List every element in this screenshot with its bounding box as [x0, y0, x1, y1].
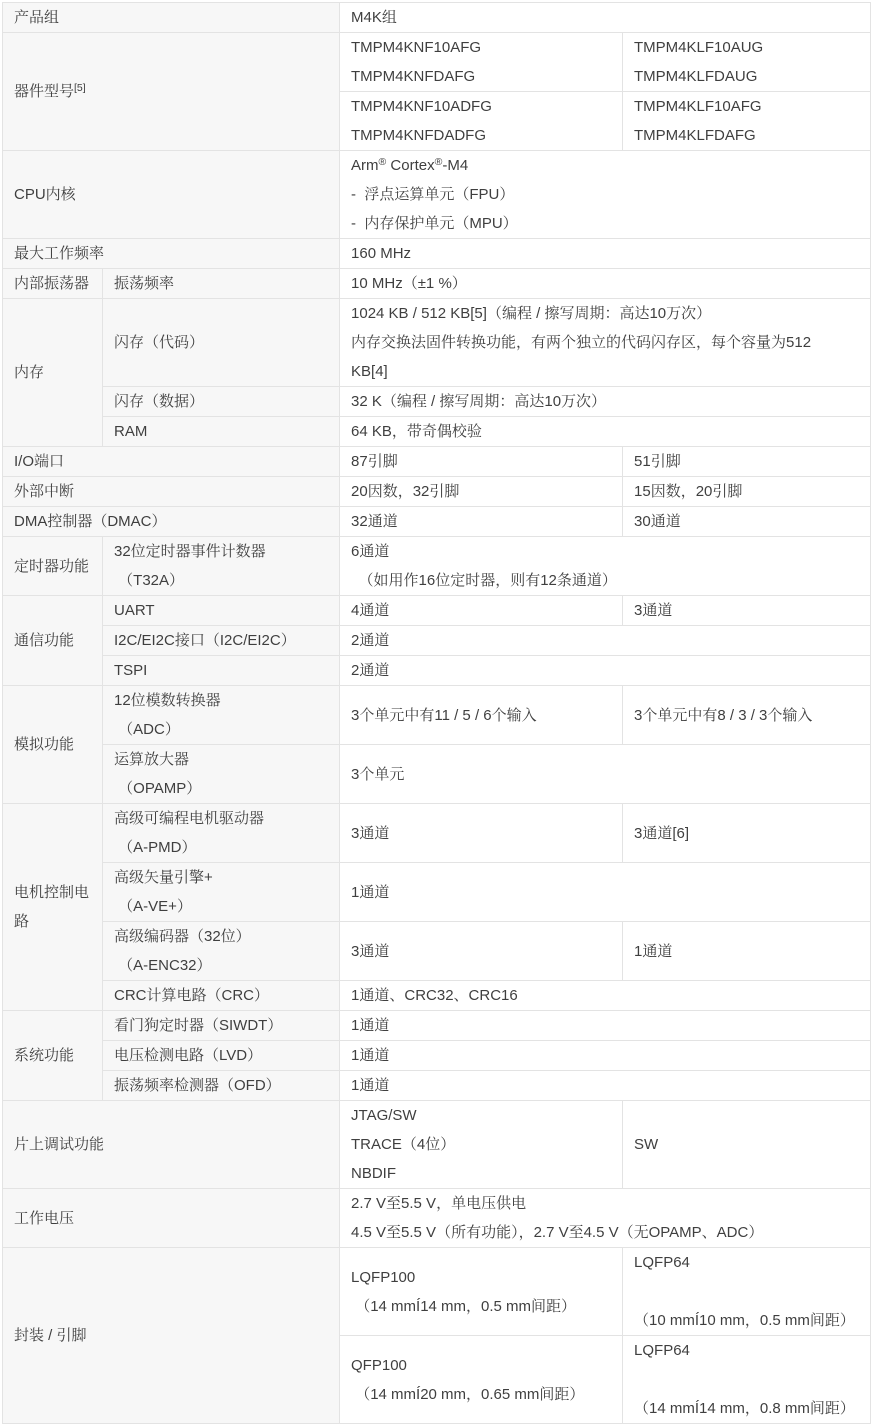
- value-cell: SW: [623, 1101, 871, 1189]
- value-cell: 1通道: [340, 863, 871, 922]
- value-cell: 1通道: [623, 922, 871, 981]
- row-label-cell: 闪存（数据）: [103, 387, 340, 417]
- row-label-cell: 模拟功能: [3, 686, 103, 804]
- cell-line: 87引脚: [351, 447, 611, 476]
- row-label-cell: 器件型号[5]: [3, 33, 340, 151]
- row-label-cell: 高级编码器（32位） （A-ENC32）: [103, 922, 340, 981]
- value-cell: 1通道: [340, 1011, 871, 1041]
- cell-line: 1通道: [351, 878, 859, 907]
- table-row: 通信功能UART4通道3通道: [3, 596, 871, 626]
- table-row: 最大工作频率160 MHz: [3, 239, 871, 269]
- spec-page: 产品组M4K组器件型号[5]TMPM4KNF10AFGTMPM4KNFDAFGT…: [0, 0, 872, 1426]
- value-cell: 3通道[6]: [623, 804, 871, 863]
- row-label-cell: 通信功能: [3, 596, 103, 686]
- table-row: I2C/EI2C接口（I2C/EI2C）2通道: [3, 626, 871, 656]
- cell-line: 振荡频率检测器（OFD）: [114, 1071, 328, 1100]
- value-cell: M4K组: [340, 3, 871, 33]
- row-label-cell: 系统功能: [3, 1011, 103, 1101]
- row-label-cell: RAM: [103, 417, 340, 447]
- row-label-cell: 振荡频率检测器（OFD）: [103, 1071, 340, 1101]
- value-cell: 32 K（编程 / 擦写周期：高达10万次）: [340, 387, 871, 417]
- cell-line: （10 mmÍ10 mm，0.5 mm间距）: [634, 1277, 859, 1335]
- cell-line: TSPI: [114, 656, 328, 685]
- table-row: 高级矢量引擎+ （A-VE+）1通道: [3, 863, 871, 922]
- value-cell: 15因数，20引脚: [623, 477, 871, 507]
- superscript: [5]: [74, 82, 86, 94]
- cell-line: 高级矢量引擎+: [114, 863, 328, 892]
- table-row: TSPI2通道: [3, 656, 871, 686]
- value-cell: 3个单元: [340, 745, 871, 804]
- row-label-cell: TSPI: [103, 656, 340, 686]
- cell-line: 51引脚: [634, 447, 859, 476]
- cell-line: UART: [114, 596, 328, 625]
- value-cell: 2.7 V至5.5 V，单电压供电4.5 V至5.5 V（所有功能），2.7 V…: [340, 1189, 871, 1248]
- cell-line: 1通道、CRC32、CRC16: [351, 981, 859, 1010]
- cell-line: 160 MHz: [351, 239, 859, 268]
- cell-line: 64 KB，带奇偶校验: [351, 417, 859, 446]
- value-cell: TMPM4KLF10AUGTMPM4KLFDAUG: [623, 33, 871, 92]
- cell-line: 3个单元: [351, 760, 859, 789]
- table-row: 振荡频率检测器（OFD）1通道: [3, 1071, 871, 1101]
- spec-table-body: 产品组M4K组器件型号[5]TMPM4KNF10AFGTMPM4KNFDAFGT…: [3, 3, 871, 1424]
- superscript: ®: [435, 156, 443, 168]
- row-label-cell: 电机控制电路: [3, 804, 103, 1011]
- value-cell: LQFP100 （14 mmÍ14 mm，0.5 mm间距）: [340, 1248, 623, 1336]
- cell-line: （OPAMP）: [114, 774, 328, 803]
- row-label-cell: 电压检测电路（LVD）: [103, 1041, 340, 1071]
- value-cell: 30通道: [623, 507, 871, 537]
- value-cell: TMPM4KLF10AFGTMPM4KLFDAFG: [623, 92, 871, 151]
- row-label-cell: 内存: [3, 299, 103, 447]
- table-row: CRC计算电路（CRC）1通道、CRC32、CRC16: [3, 981, 871, 1011]
- value-cell: 3个单元中有11 / 5 / 6个输入: [340, 686, 623, 745]
- cell-line: 20因数，32引脚: [351, 477, 611, 506]
- value-cell: 1通道: [340, 1071, 871, 1101]
- cell-line: TMPM4KLF10AFG: [634, 92, 859, 121]
- row-label-cell: 定时器功能: [3, 537, 103, 596]
- cell-line: 产品组: [14, 3, 328, 32]
- value-cell: TMPM4KNF10ADFGTMPM4KNFDADFG: [340, 92, 623, 151]
- spec-table: 产品组M4K组器件型号[5]TMPM4KNF10AFGTMPM4KNFDAFGT…: [2, 2, 871, 1424]
- cell-line: M4K组: [351, 3, 859, 32]
- cell-line: 封装 / 引脚: [14, 1321, 328, 1350]
- cell-line: 定时器功能: [14, 552, 91, 581]
- cell-line: 1通道: [351, 1071, 859, 1100]
- cell-line: I2C/EI2C接口（I2C/EI2C）: [114, 626, 328, 655]
- cell-line: 闪存（代码）: [114, 328, 328, 357]
- row-label-cell: 封装 / 引脚: [3, 1248, 340, 1424]
- cell-line: 片上调试功能: [14, 1130, 328, 1159]
- table-row: 定时器功能32位定时器事件计数器 （T32A）6通道 （如用作16位定时器，则有…: [3, 537, 871, 596]
- table-row: 产品组M4K组: [3, 3, 871, 33]
- value-cell: 1通道: [340, 1041, 871, 1071]
- cell-line: 内存交换法固件转换功能，有两个独立的代码闪存区，每个容量为512: [351, 328, 859, 357]
- cell-line: 电压检测电路（LVD）: [114, 1041, 328, 1070]
- cell-line: （ADC）: [114, 715, 328, 744]
- table-row: 电压检测电路（LVD）1通道: [3, 1041, 871, 1071]
- table-row: 模拟功能12位模数转换器 （ADC）3个单元中有11 / 5 / 6个输入3个单…: [3, 686, 871, 745]
- cell-line: KB[4]: [351, 357, 859, 386]
- cell-line: 系统功能: [14, 1041, 91, 1070]
- cell-line: 1通道: [634, 937, 859, 966]
- row-label-cell: 外部中断: [3, 477, 340, 507]
- cell-line: （A-VE+）: [114, 892, 328, 921]
- cell-line: 6通道: [351, 537, 859, 566]
- value-cell: 2通道: [340, 656, 871, 686]
- row-label-cell: I2C/EI2C接口（I2C/EI2C）: [103, 626, 340, 656]
- value-cell: 51引脚: [623, 447, 871, 477]
- cell-line: （14 mmÍ14 mm，0.5 mm间距）: [351, 1292, 611, 1321]
- table-row: DMA控制器（DMAC）32通道30通道: [3, 507, 871, 537]
- cell-line: TMPM4KNF10AFG: [351, 33, 611, 62]
- row-label-cell: DMA控制器（DMAC）: [3, 507, 340, 537]
- value-cell: 20因数，32引脚: [340, 477, 623, 507]
- cell-line: 电机控制电路: [14, 878, 91, 936]
- value-cell: LQFP64 （10 mmÍ10 mm，0.5 mm间距）: [623, 1248, 871, 1336]
- cell-line: 10 MHz（±1 %）: [351, 269, 859, 298]
- table-row: 工作电压2.7 V至5.5 V，单电压供电4.5 V至5.5 V（所有功能），2…: [3, 1189, 871, 1248]
- value-cell: 32通道: [340, 507, 623, 537]
- cell-line: （14 mmÍ20 mm，0.65 mm间距）: [351, 1380, 611, 1409]
- value-cell: 4通道: [340, 596, 623, 626]
- value-cell: 6通道 （如用作16位定时器，则有12条通道）: [340, 537, 871, 596]
- cell-line: Arm® Cortex®-M4: [351, 151, 859, 180]
- cell-line: 2.7 V至5.5 V，单电压供电: [351, 1189, 859, 1218]
- cell-line: RAM: [114, 417, 328, 446]
- cell-line: JTAG/SW: [351, 1101, 611, 1130]
- table-row: 闪存（数据）32 K（编程 / 擦写周期：高达10万次）: [3, 387, 871, 417]
- cell-line: 32 K（编程 / 擦写周期：高达10万次）: [351, 387, 859, 416]
- row-label-cell: 片上调试功能: [3, 1101, 340, 1189]
- cell-line: 3通道: [351, 819, 611, 848]
- table-row: 内部振荡器振荡频率10 MHz（±1 %）: [3, 269, 871, 299]
- cell-line: 1通道: [351, 1041, 859, 1070]
- row-label-cell: 最大工作频率: [3, 239, 340, 269]
- row-label-cell: UART: [103, 596, 340, 626]
- cell-line: TMPM4KNF10ADFG: [351, 92, 611, 121]
- value-cell: Arm® Cortex®-M4- 浮点运算单元（FPU）- 内存保护单元（MPU…: [340, 151, 871, 239]
- cell-line: 15因数，20引脚: [634, 477, 859, 506]
- row-label-cell: 高级可编程电机驱动器 （A-PMD）: [103, 804, 340, 863]
- value-cell: 87引脚: [340, 447, 623, 477]
- cell-line: 32通道: [351, 507, 611, 536]
- value-cell: 1通道、CRC32、CRC16: [340, 981, 871, 1011]
- table-row: I/O端口87引脚51引脚: [3, 447, 871, 477]
- cell-line: DMA控制器（DMAC）: [14, 507, 328, 536]
- value-cell: 10 MHz（±1 %）: [340, 269, 871, 299]
- cell-line: 工作电压: [14, 1204, 328, 1233]
- cell-line: SW: [634, 1130, 859, 1159]
- cell-line: （A-PMD）: [114, 833, 328, 862]
- table-row: 片上调试功能JTAG/SWTRACE（4位）NBDIFSW: [3, 1101, 871, 1189]
- cell-line: 模拟功能: [14, 730, 91, 759]
- cell-line: - 内存保护单元（MPU）: [351, 209, 859, 238]
- cell-line: 12位模数转换器: [114, 686, 328, 715]
- cell-line: 32位定时器事件计数器: [114, 537, 328, 566]
- value-cell: 2通道: [340, 626, 871, 656]
- value-cell: QFP100 （14 mmÍ20 mm，0.65 mm间距）: [340, 1336, 623, 1424]
- cell-line: （14 mmÍ14 mm，0.8 mm间距）: [634, 1365, 859, 1423]
- cell-line: 外部中断: [14, 477, 328, 506]
- cell-line: TMPM4KLFDAUG: [634, 62, 859, 91]
- row-label-cell: CPU内核: [3, 151, 340, 239]
- cell-line: 3通道: [634, 596, 859, 625]
- cell-line: CRC计算电路（CRC）: [114, 981, 328, 1010]
- cell-line: 1024 KB / 512 KB[5]（编程 / 擦写周期：高达10万次）: [351, 299, 859, 328]
- table-row: 系统功能看门狗定时器（SIWDT）1通道: [3, 1011, 871, 1041]
- cell-line: 2通道: [351, 626, 859, 655]
- row-label-cell: 运算放大器 （OPAMP）: [103, 745, 340, 804]
- cell-line: 内部振荡器: [14, 269, 91, 298]
- value-cell: 160 MHz: [340, 239, 871, 269]
- cell-line: 3通道: [351, 937, 611, 966]
- row-label-cell: 32位定时器事件计数器 （T32A）: [103, 537, 340, 596]
- table-row: CPU内核Arm® Cortex®-M4- 浮点运算单元（FPU）- 内存保护单…: [3, 151, 871, 239]
- cell-line: 振荡频率: [114, 269, 328, 298]
- value-cell: LQFP64 （14 mmÍ14 mm，0.8 mm间距）: [623, 1336, 871, 1424]
- cell-line: 4.5 V至5.5 V（所有功能），2.7 V至4.5 V（无OPAMP、ADC…: [351, 1218, 859, 1247]
- cell-line: TMPM4KNFDAFG: [351, 62, 611, 91]
- value-cell: 1024 KB / 512 KB[5]（编程 / 擦写周期：高达10万次）内存交…: [340, 299, 871, 387]
- cell-line: 3个单元中有11 / 5 / 6个输入: [351, 701, 611, 730]
- value-cell: TMPM4KNF10AFGTMPM4KNFDAFG: [340, 33, 623, 92]
- cell-line: LQFP64: [634, 1248, 859, 1277]
- table-row: 高级编码器（32位） （A-ENC32）3通道1通道: [3, 922, 871, 981]
- row-label-cell: I/O端口: [3, 447, 340, 477]
- value-cell: 3个单元中有8 / 3 / 3个输入: [623, 686, 871, 745]
- superscript: ®: [379, 156, 387, 168]
- cell-line: 高级编码器（32位）: [114, 922, 328, 951]
- value-cell: JTAG/SWTRACE（4位）NBDIF: [340, 1101, 623, 1189]
- row-label-cell: 产品组: [3, 3, 340, 33]
- table-row: RAM64 KB，带奇偶校验: [3, 417, 871, 447]
- value-cell: 64 KB，带奇偶校验: [340, 417, 871, 447]
- table-row: 外部中断20因数，32引脚15因数，20引脚: [3, 477, 871, 507]
- value-cell: 3通道: [340, 804, 623, 863]
- cell-line: TMPM4KLF10AUG: [634, 33, 859, 62]
- row-label-cell: 内部振荡器: [3, 269, 103, 299]
- cell-line: 运算放大器: [114, 745, 328, 774]
- value-cell: 3通道: [623, 596, 871, 626]
- row-label-cell: 高级矢量引擎+ （A-VE+）: [103, 863, 340, 922]
- cell-line: TMPM4KNFDADFG: [351, 121, 611, 150]
- table-row: 内存闪存（代码）1024 KB / 512 KB[5]（编程 / 擦写周期：高达…: [3, 299, 871, 387]
- cell-line: NBDIF: [351, 1159, 611, 1188]
- cell-line: I/O端口: [14, 447, 328, 476]
- cell-line: 看门狗定时器（SIWDT）: [114, 1011, 328, 1040]
- cell-line: 通信功能: [14, 626, 91, 655]
- cell-line: TMPM4KLFDAFG: [634, 121, 859, 150]
- cell-line: 3个单元中有8 / 3 / 3个输入: [634, 701, 859, 730]
- cell-line: 3通道[6]: [634, 819, 859, 848]
- row-label-cell: 闪存（代码）: [103, 299, 340, 387]
- cell-line: 高级可编程电机驱动器: [114, 804, 328, 833]
- cell-line: QFP100: [351, 1351, 611, 1380]
- cell-line: LQFP64: [634, 1336, 859, 1365]
- row-label-cell: CRC计算电路（CRC）: [103, 981, 340, 1011]
- cell-line: （A-ENC32）: [114, 951, 328, 980]
- cell-line: 1通道: [351, 1011, 859, 1040]
- row-label-cell: 看门狗定时器（SIWDT）: [103, 1011, 340, 1041]
- table-row: 电机控制电路高级可编程电机驱动器 （A-PMD）3通道3通道[6]: [3, 804, 871, 863]
- cell-line: （如用作16位定时器，则有12条通道）: [351, 566, 859, 595]
- row-label-cell: 工作电压: [3, 1189, 340, 1248]
- cell-line: 闪存（数据）: [114, 387, 328, 416]
- table-row: 器件型号[5]TMPM4KNF10AFGTMPM4KNFDAFGTMPM4KLF…: [3, 33, 871, 92]
- cell-line: CPU内核: [14, 180, 328, 209]
- row-label-cell: 振荡频率: [103, 269, 340, 299]
- value-cell: 3通道: [340, 922, 623, 981]
- cell-line: 内存: [14, 358, 91, 387]
- table-row: 封装 / 引脚LQFP100 （14 mmÍ14 mm，0.5 mm间距）LQF…: [3, 1248, 871, 1336]
- cell-line: TRACE（4位）: [351, 1130, 611, 1159]
- cell-line: 4通道: [351, 596, 611, 625]
- cell-line: - 浮点运算单元（FPU）: [351, 180, 859, 209]
- cell-line: 最大工作频率: [14, 239, 328, 268]
- cell-line: 2通道: [351, 656, 859, 685]
- cell-line: 器件型号[5]: [14, 77, 328, 106]
- cell-line: （T32A）: [114, 566, 328, 595]
- row-label-cell: 12位模数转换器 （ADC）: [103, 686, 340, 745]
- cell-line: LQFP100: [351, 1263, 611, 1292]
- cell-line: 30通道: [634, 507, 859, 536]
- table-row: 运算放大器 （OPAMP）3个单元: [3, 745, 871, 804]
